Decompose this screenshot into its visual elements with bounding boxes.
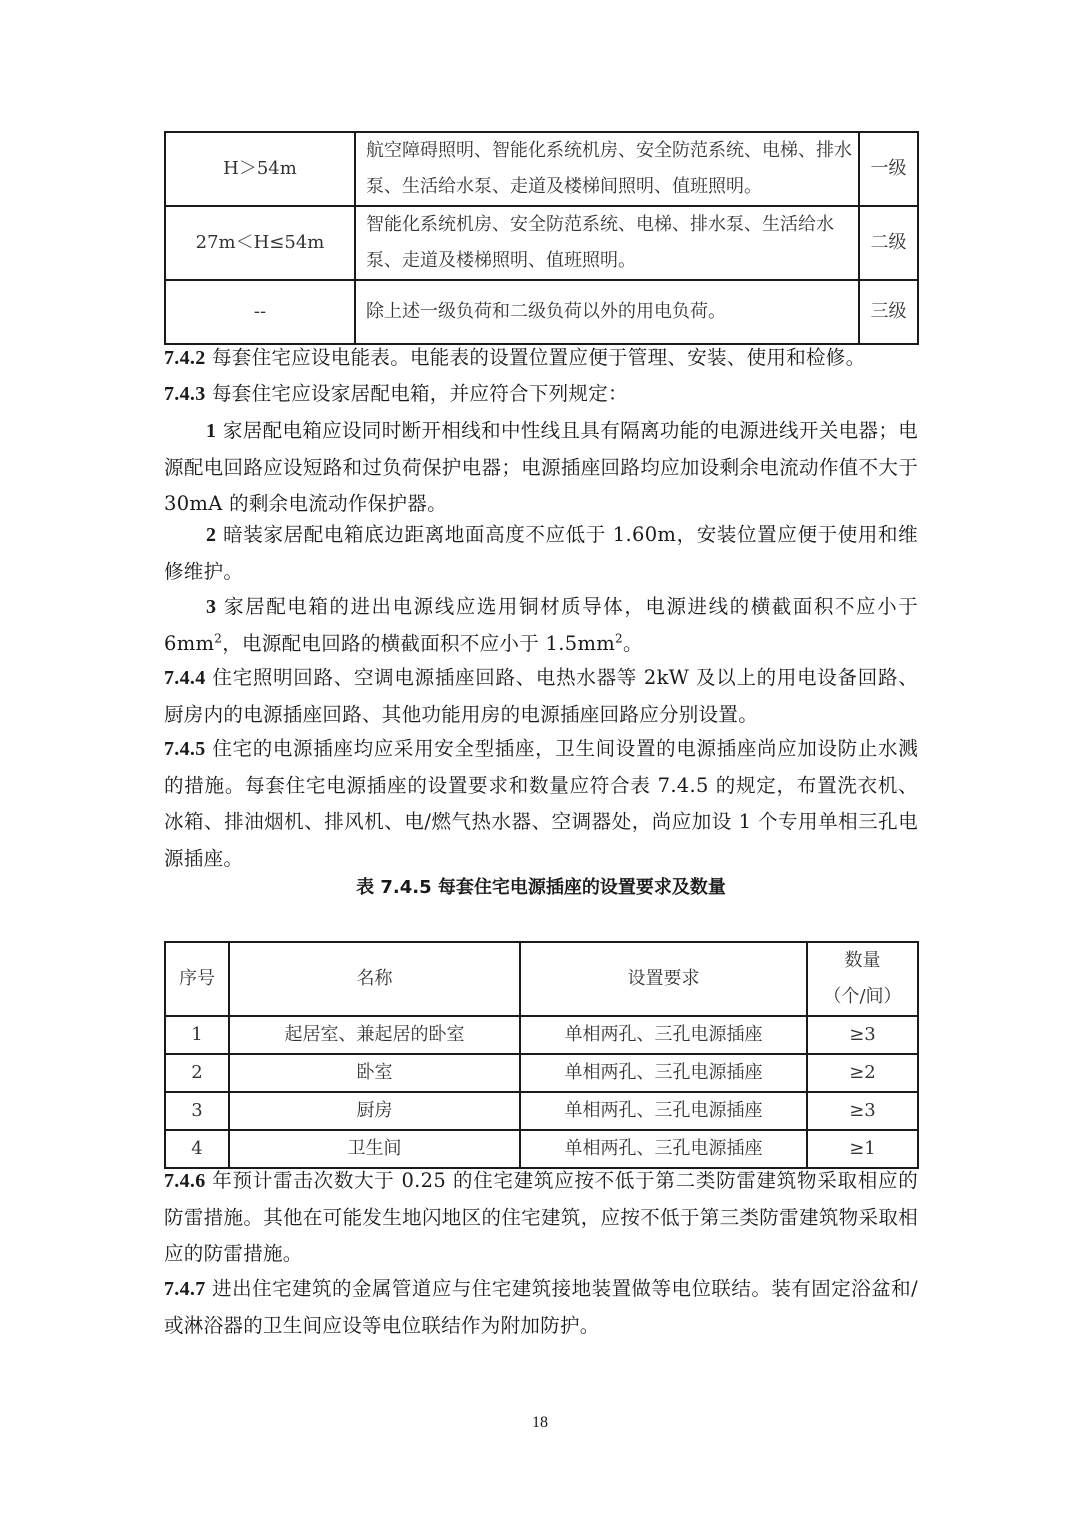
item-text: 家居配电箱应设同时断开相线和中性线且具有隔离功能的电源进线开关电器；电源配电回路… [164,419,918,515]
height-range-cell: H＞54m [165,132,355,206]
table-row: 1 起居室、兼起居的卧室 单相两孔、三孔电源插座 ≥3 [165,1016,918,1054]
table-header-row: 序号 名称 设置要求 数量 （个/间） [165,942,918,1016]
table-row: 2 卧室 单相两孔、三孔电源插座 ≥2 [165,1054,918,1092]
grade-cell: 一级 [859,132,918,206]
clause-7-4-3-item-1: 1 家居配电箱应设同时断开相线和中性线且具有隔离功能的电源进线开关电器；电源配电… [164,413,918,523]
item-number: 2 [206,524,216,546]
clause-7-4-5: 7.4.5 住宅的电源插座均应采用安全型插座，卫生间设置的电源插座尚应加设防止水… [164,731,918,877]
load-grade-table: H＞54m 航空障碍照明、智能化系统机房、安全防范系统、电梯、排水泵、生活给水泵… [164,131,919,345]
quantity-cell: ≥3 [807,1016,918,1054]
clause-text: 进出住宅建筑的金属管道应与住宅建筑接地装置做等电位联结。装有固定浴盆和/或淋浴器… [164,1277,918,1337]
height-range-cell: 27m＜H≤54m [165,206,355,280]
clause-text: 年预计雷击次数大于 0.25 的住宅建筑应按不低于第二类防雷建筑物采取相应的防雷… [164,1169,918,1265]
table-row: -- 除上述一级负荷和二级负荷以外的用电负荷。 三级 [165,280,918,344]
table-row: 27m＜H≤54m 智能化系统机房、安全防范系统、电梯、排水泵、生活给水泵、走道… [165,206,918,280]
clause-number: 7.4.6 [164,1170,206,1192]
clause-text: 住宅照明回路、空调电源插座回路、电热水器等 2kW 及以上的用电设备回路、厨房内… [164,666,918,726]
clause-7-4-7: 7.4.7 进出住宅建筑的金属管道应与住宅建筑接地装置做等电位联结。装有固定浴盆… [164,1271,918,1344]
page-number: 18 [0,1414,1080,1432]
superscript: 2 [615,631,623,645]
loads-cell: 除上述一级负荷和二级负荷以外的用电负荷。 [355,280,859,344]
item-text: 。 [623,632,643,655]
item-number: 3 [206,596,216,618]
clause-7-4-3: 7.4.3 每套住宅应设家居配电箱，并应符合下列规定： [164,376,918,413]
clause-text: 每套住宅应设家居配电箱，并应符合下列规定： [206,382,628,405]
seq-cell: 2 [165,1054,229,1092]
requirement-cell: 单相两孔、三孔电源插座 [520,1054,807,1092]
clause-7-4-2: 7.4.2 每套住宅应设电能表。电能表的设置位置应便于管理、安装、使用和检修。 [164,340,918,377]
socket-requirements-table: 序号 名称 设置要求 数量 （个/间） 1 起居室、兼起居的卧室 单相两孔、三孔… [164,941,919,1169]
clause-7-4-3-item-2: 2 暗装家居配电箱底边距离地面高度不应低于 1.60m，安装位置应便于使用和维修… [164,517,918,590]
clause-number: 7.4.2 [164,347,206,369]
requirement-cell: 单相两孔、三孔电源插座 [520,1092,807,1130]
clause-number: 7.4.4 [164,667,206,689]
item-text: 暗装家居配电箱底边距离地面高度不应低于 1.60m，安装位置应便于使用和维修维护… [164,523,918,583]
loads-cell: 智能化系统机房、安全防范系统、电梯、排水泵、生活给水泵、走道及楼梯照明、值班照明… [355,206,859,280]
table-row: 3 厨房 单相两孔、三孔电源插座 ≥3 [165,1092,918,1130]
header-quantity-line1: 数量 [808,943,917,979]
grade-cell: 二级 [859,206,918,280]
header-requirement: 设置要求 [520,942,807,1016]
table-caption: 表 7.4.5 每套住宅电源插座的设置要求及数量 [164,873,918,899]
clause-number: 7.4.7 [164,1278,206,1300]
loads-cell: 航空障碍照明、智能化系统机房、安全防范系统、电梯、排水泵、生活给水泵、走道及楼梯… [355,132,859,206]
clause-7-4-4: 7.4.4 住宅照明回路、空调电源插座回路、电热水器等 2kW 及以上的用电设备… [164,660,918,733]
header-quantity: 数量 （个/间） [807,942,918,1016]
document-page: H＞54m 航空障碍照明、智能化系统机房、安全防范系统、电梯、排水泵、生活给水泵… [0,0,1080,1527]
header-name: 名称 [229,942,520,1016]
name-cell: 厨房 [229,1092,520,1130]
clause-7-4-6: 7.4.6 年预计雷击次数大于 0.25 的住宅建筑应按不低于第二类防雷建筑物采… [164,1163,918,1273]
item-text: ，电源配电回路的横截面积不应小于 1.5mm [222,632,615,655]
header-quantity-line2: （个/间） [808,979,917,1015]
clause-text: 住宅的电源插座均应采用安全型插座，卫生间设置的电源插座尚应加设防止水溅的措施。每… [164,737,918,870]
seq-cell: 1 [165,1016,229,1054]
name-cell: 卧室 [229,1054,520,1092]
clause-7-4-3-item-3: 3 家居配电箱的进出电源线应选用铜材质导体，电源进线的横截面积不应小于 6mm2… [164,589,918,662]
seq-cell: 3 [165,1092,229,1130]
requirement-cell: 单相两孔、三孔电源插座 [520,1016,807,1054]
clause-number: 7.4.3 [164,383,206,405]
header-seq: 序号 [165,942,229,1016]
item-number: 1 [206,420,216,442]
name-cell: 起居室、兼起居的卧室 [229,1016,520,1054]
table-row: H＞54m 航空障碍照明、智能化系统机房、安全防范系统、电梯、排水泵、生活给水泵… [165,132,918,206]
height-range-cell: -- [165,280,355,344]
quantity-cell: ≥3 [807,1092,918,1130]
clause-text: 每套住宅应设电能表。电能表的设置位置应便于管理、安装、使用和检修。 [206,346,866,369]
grade-cell: 三级 [859,280,918,344]
clause-number: 7.4.5 [164,738,206,760]
quantity-cell: ≥2 [807,1054,918,1092]
